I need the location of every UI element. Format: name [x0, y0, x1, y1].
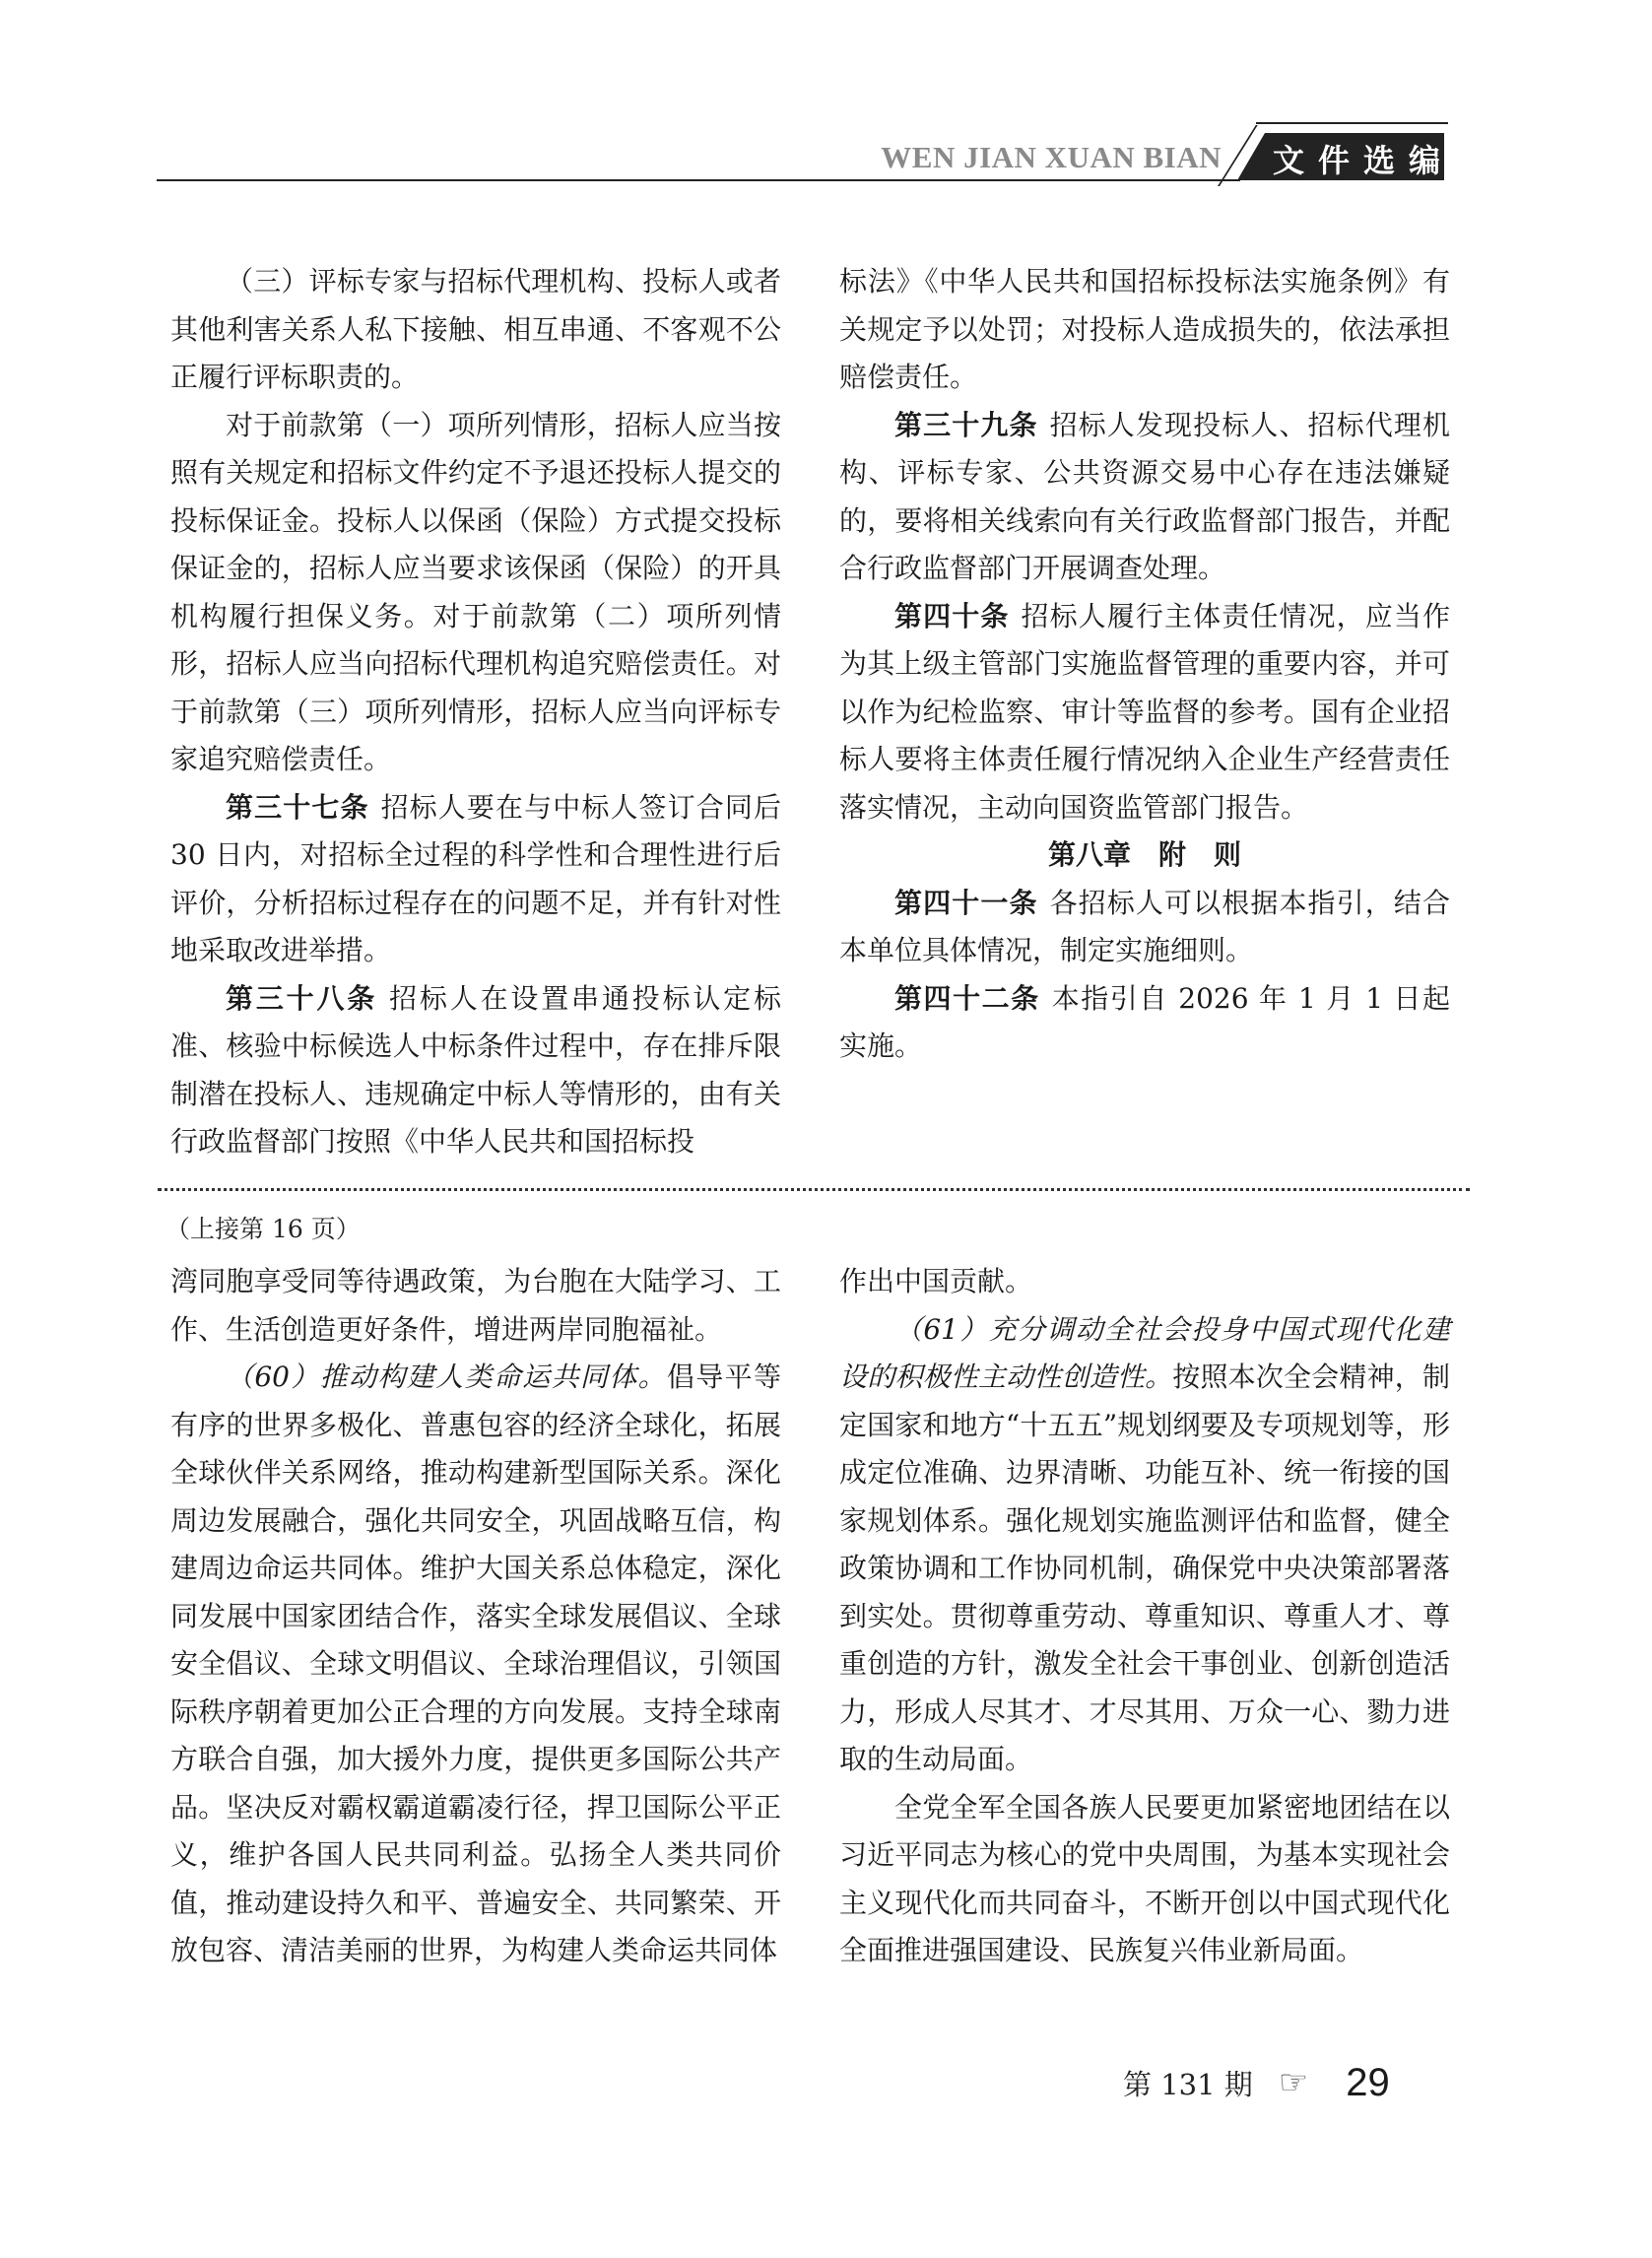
column-top-right: 标法》《中华人民共和国招标投标法实施条例》有关规定予以处罚；对投标人造成损失的，… [839, 258, 1450, 1071]
article-40-text: 招标人履行主体责任情况，应当作为其上级主管部门实施监督管理的重要内容，并可以作为… [839, 600, 1450, 824]
header-section-title: 文件选编 [1273, 136, 1440, 181]
paragraph-61: （61）充分调动全社会投身中国式现代化建设的积极性主动性创造性。按照本次全会精神… [839, 1306, 1450, 1784]
article-38-continued: 标法》《中华人民共和国招标投标法实施条例》有关规定予以处罚；对投标人造成损失的，… [839, 258, 1450, 402]
paragraph-60: （60）推动构建人类命运共同体。倡导平等有序的世界多极化、普惠包容的经济全球化，… [170, 1354, 781, 1975]
paragraph-60-text: 倡导平等有序的世界多极化、普惠包容的经济全球化，拓展全球伙伴关系网络，推动构建新… [170, 1361, 781, 1966]
continuation-note: （上接第 16 页） [165, 1210, 361, 1249]
issue-number: 第 131 期 [1123, 2063, 1253, 2103]
page-number: 29 [1346, 2061, 1390, 2105]
article-39-title: 第三十九条 [894, 409, 1038, 441]
dotted-divider [158, 1188, 1470, 1191]
article-38: 第三十八条招标人在设置串通投标认定标准、核验中标候选人中标条件过程中，存在排斥限… [170, 975, 781, 1166]
paragraph-60-lead: （60）推动构建人类命运共同体。 [226, 1361, 667, 1393]
column-top-left: （三）评标专家与招标代理机构、投标人或者其他利害关系人私下接触、相互串通、不客观… [170, 258, 781, 1166]
column-bottom-right: 作出中国贡献。 （61）充分调动全社会投身中国式现代化建设的积极性主动性创造性。… [839, 1258, 1450, 1975]
column-bottom-left: 湾同胞享受同等待遇政策，为台胞在大陆学习、工作、生活创造更好条件，增进两岸同胞福… [170, 1258, 781, 1975]
header-rule [157, 179, 1240, 181]
article-40-title: 第四十条 [894, 600, 1009, 632]
article-41-title: 第四十一条 [894, 887, 1038, 919]
paragraph-item-3: （三）评标专家与招标代理机构、投标人或者其他利害关系人私下接触、相互串通、不客观… [170, 258, 781, 402]
article-42: 第四十二条本指引自 2026 年 1 月 1 日起实施。 [839, 975, 1450, 1071]
page-footer: 第 131 期 ☞ 29 [1123, 2061, 1390, 2104]
paragraph-deposit: 对于前款第（一）项所列情形，招标人应当按照有关规定和招标文件约定不予退还投标人提… [170, 402, 781, 784]
paragraph-closing: 全党全军全国各族人民要更加紧密地团结在以习近平同志为核心的党中央周围，为基本实现… [839, 1784, 1450, 1975]
article-42-title: 第四十二条 [894, 982, 1040, 1015]
chapter-heading: 第八章 附 则 [839, 831, 1450, 880]
header-top-rule [1256, 122, 1448, 124]
paragraph-60-continued: 作出中国贡献。 [839, 1258, 1450, 1306]
article-37-title: 第三十七条 [226, 791, 369, 824]
paragraph-61-text: 按照本次全会精神，制定国家和地方“十五五”规划纲要及专项规划等，形成定位准确、边… [839, 1361, 1450, 1775]
article-39: 第三十九条招标人发现投标人、招标代理机构、评标专家、公共资源交易中心存在违法嫌疑… [839, 402, 1450, 593]
article-37: 第三十七条招标人要在与中标人签订合同后 30 日内，对招标全过程的科学性和合理性… [170, 784, 781, 975]
paragraph-taiwan: 湾同胞享受同等待遇政策，为台胞在大陆学习、工作、生活创造更好条件，增进两岸同胞福… [170, 1258, 781, 1354]
article-40: 第四十条招标人履行主体责任情况，应当作为其上级主管部门实施监督管理的重要内容，并… [839, 593, 1450, 832]
header-pinyin-title: WEN JIAN XUAN BIAN [881, 140, 1222, 175]
pointing-hand-icon: ☞ [1279, 2063, 1308, 2102]
article-38-title: 第三十八条 [226, 982, 377, 1015]
article-41: 第四十一条各招标人可以根据本指引，结合本单位具体情况，制定实施细则。 [839, 880, 1450, 975]
